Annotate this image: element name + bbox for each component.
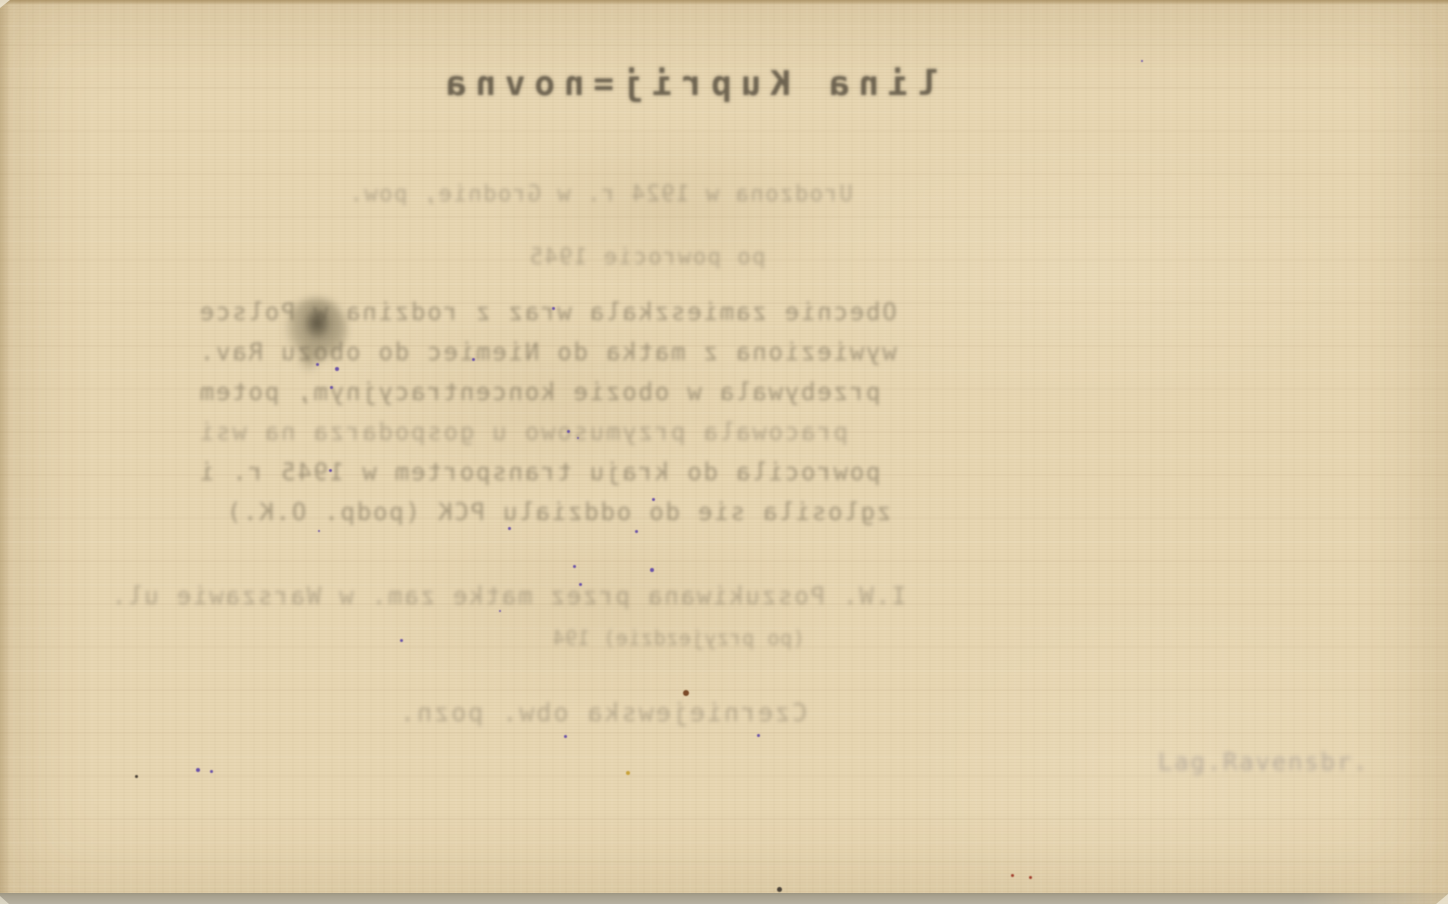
ink-speck xyxy=(196,768,200,772)
ink-speck xyxy=(135,775,138,778)
scan-top-edge-shadow xyxy=(0,0,1448,5)
ink-speck xyxy=(635,530,638,533)
ghost-text-line-2: Urodzona w 1924 r. w Grodnie, pow. xyxy=(348,182,853,207)
ghost-text-line-7: pracowala przymusowo u gospodarza na wsi xyxy=(198,418,848,446)
ink-speck xyxy=(650,568,654,572)
ink-speck xyxy=(1011,874,1014,877)
ink-speck xyxy=(777,887,782,892)
ghost-text-line-10: I.W. Poszukiwana przez matke zam. w Wars… xyxy=(110,582,906,610)
ghost-text-line-5: wywieziona z matka do Niemiec do obozu R… xyxy=(198,338,897,366)
ghost-text-line-9: zglosila sie do oddzialu PCK (podp. O.K.… xyxy=(225,498,891,526)
ink-speck xyxy=(573,565,576,568)
ghost-text-line-4: Obecnie zamieszkala wraz z rodzina w Pol… xyxy=(198,298,897,326)
ink-speck xyxy=(335,367,339,371)
ink-speck xyxy=(318,530,320,532)
ink-speck xyxy=(564,735,567,738)
scanner-bottom-band xyxy=(0,893,1448,904)
scanned-card-verso: { "document": { "kind_label": "blank ver… xyxy=(0,0,1448,904)
ghost-text-line-6: przebywala w obozie koncentracyjnym, pot… xyxy=(198,378,880,406)
ink-speck xyxy=(400,639,403,642)
ink-speck xyxy=(1141,60,1143,62)
ghost-text-camp-note: Lag.Ravensbr. xyxy=(1158,748,1369,776)
ghost-text-line-11: (po przyjezdzie) 194 xyxy=(552,626,805,650)
ghost-text-name-line: lina Kuprij=novna xyxy=(437,64,938,104)
ghost-text-line-12: Czerniejewska obw. pozn. xyxy=(398,698,807,727)
ink-speck xyxy=(683,690,689,696)
ink-speck xyxy=(757,734,760,737)
ghost-text-line-8: powrocila do kraju transportem w 1945 r.… xyxy=(198,458,880,486)
ink-speck xyxy=(210,770,213,773)
ink-speck xyxy=(626,771,630,775)
ink-speck xyxy=(499,610,501,612)
scan-left-edge-shadow xyxy=(0,0,10,904)
ink-speck xyxy=(508,527,511,530)
ghost-text-line-3: po powrocie 1945 xyxy=(528,245,766,270)
ink-speck xyxy=(1029,876,1032,879)
